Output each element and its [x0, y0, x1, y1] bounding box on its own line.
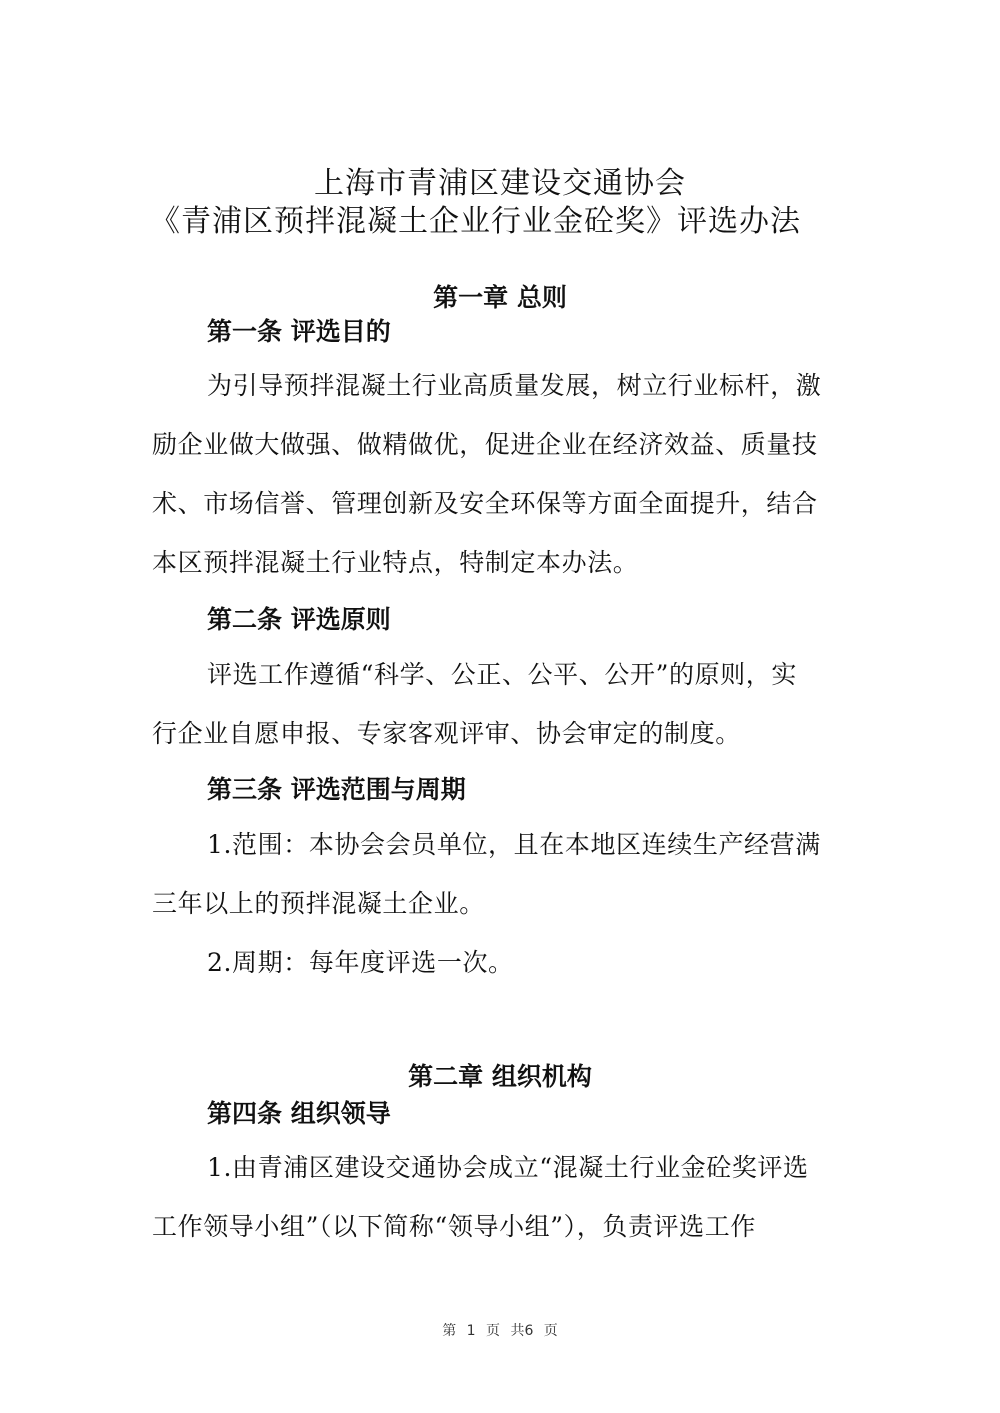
paragraph-line: 励企业做大做强、做精做优，促进企业在经济效益、质量技 — [152, 425, 818, 461]
paragraph-line: 为引导预拌混凝土行业高质量发展，树立行业标杆，激 — [207, 366, 821, 402]
chapter-heading: 第一章 总则 — [0, 278, 1000, 314]
article-heading: 第三条 评选范围与周期 — [207, 770, 466, 806]
paragraph-line: 本区预拌混凝土行业特点，特制定本办法。 — [152, 543, 638, 579]
page-number-footer: 第 1 页 共6 页 — [0, 1320, 1000, 1340]
paragraph-line: 工作领导小组”（以下简称“领导小组”），负责评选工作 — [152, 1207, 756, 1243]
paragraph-line: 评选工作遵循“科学、公正、公平、公开”的原则，实 — [207, 655, 797, 691]
paragraph-line: 行企业自愿申报、专家客观评审、协会审定的制度。 — [152, 714, 741, 750]
chapter-heading: 第二章 组织机构 — [0, 1057, 1000, 1093]
article-heading: 第一条 评选目的 — [207, 312, 391, 348]
paragraph-line: 三年以上的预拌混凝土企业。 — [152, 884, 485, 920]
paragraph-line: 术、市场信誉、管理创新及安全环保等方面全面提升，结合 — [152, 484, 818, 520]
paragraph-line: 1.范围：本协会会员单位，且在本地区连续生产经营满 — [207, 825, 821, 861]
article-heading: 第四条 组织领导 — [207, 1094, 391, 1130]
paragraph-line: 2.周期：每年度评选一次。 — [207, 943, 514, 979]
paragraph-line: 1.由青浦区建设交通协会成立“混凝土行业金砼奖评选 — [207, 1148, 809, 1184]
document-page: 上海市青浦区建设交通协会 《青浦区预拌混凝土企业行业金砼奖》评选办法 第一章 总… — [0, 0, 1000, 1413]
article-heading: 第二条 评选原则 — [207, 600, 391, 636]
document-title-line2: 《青浦区预拌混凝土企业行业金砼奖》评选办法 — [150, 196, 900, 240]
